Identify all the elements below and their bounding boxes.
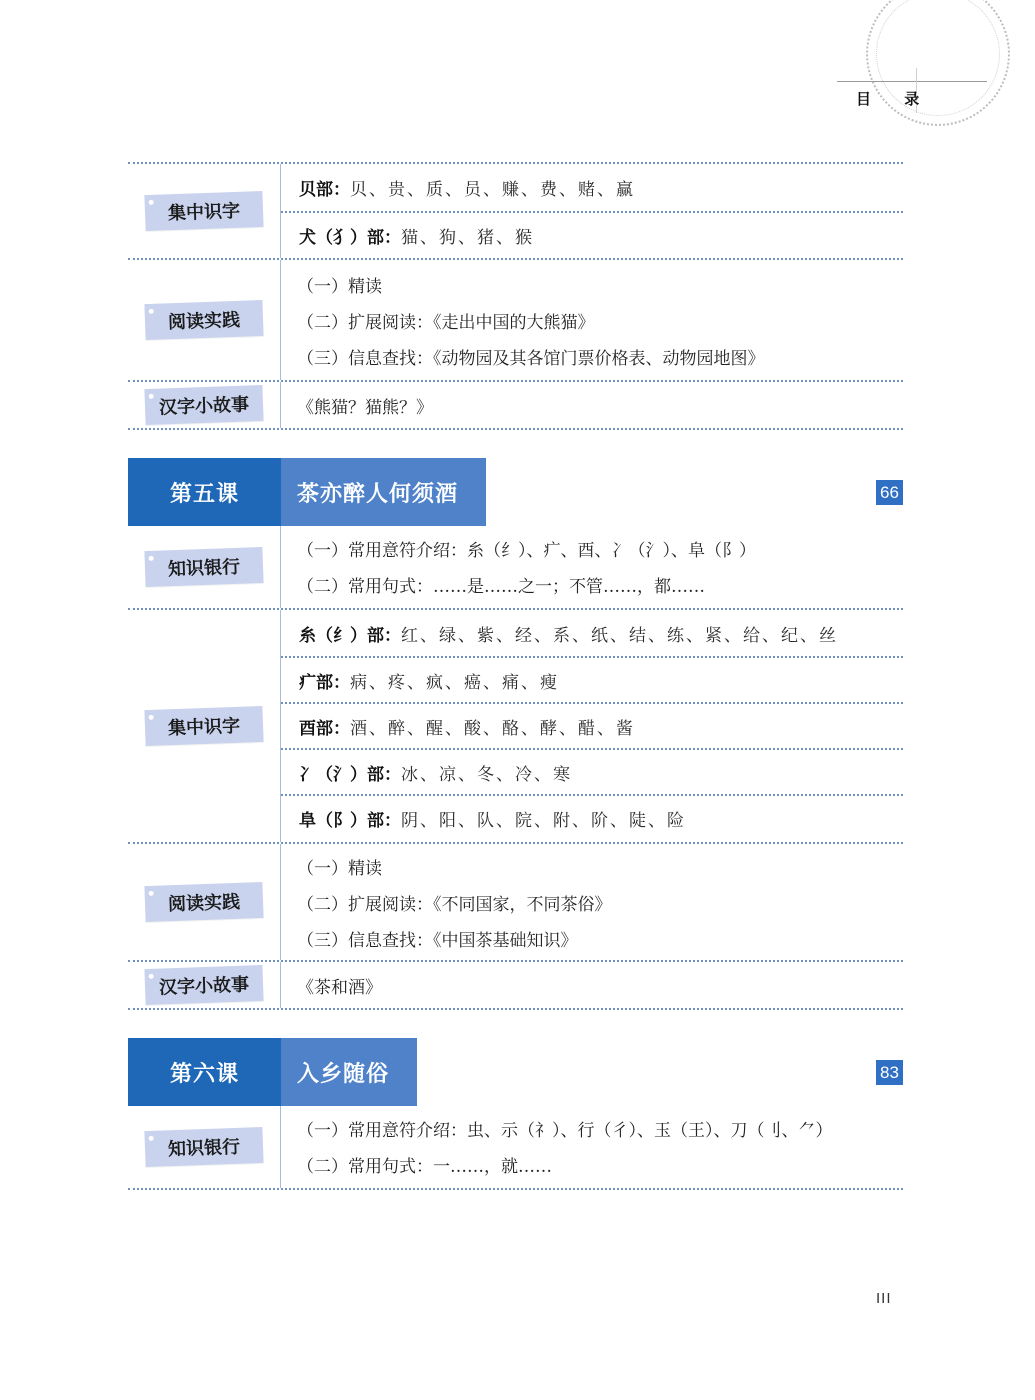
- radical-head: 冫（氵）部：: [299, 760, 401, 785]
- row-label-cell: 阅读实践: [128, 844, 281, 960]
- radical-head: 糸（纟）部：: [299, 621, 401, 646]
- row-reading-practice: 阅读实践 （一）精读 （二）扩展阅读：《不同国家，不同茶俗》 （三）信息查找：《…: [128, 842, 903, 960]
- tag-dot-icon: [149, 309, 154, 314]
- row-label-cell: 阅读实践: [128, 260, 281, 380]
- row-body: （一）常用意符介绍：虫、示（礻）、行（彳）、玉（王）、刀（刂、⺈） （二）常用句…: [281, 1106, 903, 1188]
- page-number-badge[interactable]: 66: [876, 480, 903, 505]
- knowledge-line: （一）常用意符介绍：糸（纟）、疒、酉、冫（氵）、阜（阝）: [281, 530, 903, 566]
- header-rule: [837, 81, 987, 82]
- tag-label: 知识银行: [168, 553, 241, 581]
- radical-item: 贝部： 贝、贵、质、员、赚、费、赌、赢: [281, 164, 903, 211]
- tag-concentrated-literacy: 集中识字: [144, 191, 263, 231]
- story-title: 《熊猫？猫熊？》: [281, 382, 903, 428]
- row-knowledge-bank: 知识银行 （一）常用意符介绍：糸（纟）、疒、酉、冫（氵）、阜（阝） （二）常用句…: [128, 526, 903, 608]
- tag-dot-icon: [149, 394, 154, 399]
- radical-item: 糸（纟）部： 红、绿、紫、经、系、纸、结、练、紧、给、纪、丝: [281, 610, 903, 656]
- tag-dot-icon: [149, 556, 154, 561]
- tag-dot-icon: [149, 974, 154, 979]
- tag-label: 集中识字: [168, 712, 241, 740]
- lesson-title: 茶亦醉人何须酒: [281, 458, 486, 526]
- radical-head: 疒部：: [299, 668, 350, 693]
- tag-dot-icon: [149, 891, 154, 896]
- knowledge-line: （二）常用句式：一……，就……: [281, 1146, 903, 1182]
- row-body: 《茶和酒》: [281, 962, 903, 1008]
- tag-label: 集中识字: [168, 197, 241, 225]
- tag-knowledge-bank: 知识银行: [144, 547, 263, 587]
- tag-reading-practice: 阅读实践: [144, 300, 263, 340]
- radical-chars: 红、绿、紫、经、系、纸、结、练、紧、给、纪、丝: [401, 621, 838, 646]
- tag-label: 汉字小故事: [159, 390, 250, 419]
- reading-line: （二）扩展阅读：《走出中国的大熊猫》: [281, 302, 903, 338]
- lesson5-table: 知识银行 （一）常用意符介绍：糸（纟）、疒、酉、冫（氵）、阜（阝） （二）常用句…: [128, 526, 903, 1010]
- reading-line: （三）信息查找：《动物园及其各馆门票价格表、动物园地图》: [281, 338, 903, 374]
- radical-chars: 冰、凉、冬、冷、寒: [401, 760, 572, 785]
- lesson6-table: 知识银行 （一）常用意符介绍：虫、示（礻）、行（彳）、玉（王）、刀（刂、⺈） （…: [128, 1106, 903, 1190]
- tag-reading-practice: 阅读实践: [144, 882, 263, 922]
- tag-concentrated-literacy: 集中识字: [144, 706, 263, 746]
- lesson-number: 第六课: [128, 1038, 281, 1106]
- tag-dot-icon: [149, 200, 154, 205]
- row-body: 《熊猫？猫熊？》: [281, 382, 903, 428]
- tag-character-story: 汉字小故事: [144, 385, 263, 425]
- section-title: 目 录: [856, 88, 933, 109]
- row-body: （一）常用意符介绍：糸（纟）、疒、酉、冫（氵）、阜（阝） （二）常用句式：……是…: [281, 526, 903, 608]
- row-label-cell: 汉字小故事: [128, 962, 281, 1008]
- row-concentrated-literacy: 集中识字 贝部： 贝、贵、质、员、赚、费、赌、赢 犬（犭）部： 猫、狗、猪、猴: [128, 162, 903, 258]
- row-label-cell: 集中识字: [128, 164, 281, 258]
- row-label-cell: 汉字小故事: [128, 382, 281, 428]
- tag-label: 汉字小故事: [159, 970, 250, 999]
- row-concentrated-literacy: 集中识字 糸（纟）部： 红、绿、紫、经、系、纸、结、练、紧、给、纪、丝 疒部： …: [128, 608, 903, 842]
- row-character-story: 汉字小故事 《熊猫？猫熊？》: [128, 380, 903, 430]
- radical-chars: 贝、贵、质、员、赚、费、赌、赢: [350, 175, 635, 200]
- lesson5-header[interactable]: 第五课 茶亦醉人何须酒: [128, 458, 486, 526]
- radical-item: 阜（阝）部： 阴、阳、队、院、附、阶、陡、险: [281, 794, 903, 840]
- row-body: （一）精读 （二）扩展阅读：《不同国家，不同茶俗》 （三）信息查找：《中国茶基础…: [281, 844, 903, 960]
- row-body: （一）精读 （二）扩展阅读：《走出中国的大熊猫》 （三）信息查找：《动物园及其各…: [281, 260, 903, 380]
- reading-line: （一）精读: [281, 848, 903, 884]
- row-knowledge-bank: 知识银行 （一）常用意符介绍：虫、示（礻）、行（彳）、玉（王）、刀（刂、⺈） （…: [128, 1106, 903, 1190]
- radical-chars: 病、疼、疯、癌、痛、瘦: [350, 668, 559, 693]
- tag-label: 阅读实践: [168, 888, 241, 916]
- radical-item: 酉部： 酒、醉、醒、酸、酪、酵、醋、酱: [281, 702, 903, 748]
- radical-head: 贝部：: [299, 175, 350, 200]
- radical-item: 冫（氵）部： 冰、凉、冬、冷、寒: [281, 748, 903, 794]
- tag-label: 知识银行: [168, 1133, 241, 1161]
- row-body: 糸（纟）部： 红、绿、紫、经、系、纸、结、练、紧、给、纪、丝 疒部： 病、疼、疯…: [281, 610, 903, 842]
- radical-chars: 阴、阳、队、院、附、阶、陡、险: [401, 806, 686, 831]
- tag-character-story: 汉字小故事: [144, 965, 263, 1005]
- radical-item: 犬（犭）部： 猫、狗、猪、猴: [281, 211, 903, 258]
- tag-dot-icon: [149, 1136, 154, 1141]
- row-label-cell: 集中识字: [128, 610, 281, 842]
- reading-line: （二）扩展阅读：《不同国家，不同茶俗》: [281, 884, 903, 920]
- row-label-cell: 知识银行: [128, 526, 281, 608]
- tag-dot-icon: [149, 715, 154, 720]
- tag-label: 阅读实践: [168, 306, 241, 334]
- page-number-badge[interactable]: 83: [876, 1060, 903, 1085]
- row-reading-practice: 阅读实践 （一）精读 （二）扩展阅读：《走出中国的大熊猫》 （三）信息查找：《动…: [128, 258, 903, 380]
- radical-chars: 猫、狗、猪、猴: [401, 223, 534, 248]
- row-character-story: 汉字小故事 《茶和酒》: [128, 960, 903, 1010]
- radical-item: 疒部： 病、疼、疯、癌、痛、瘦: [281, 656, 903, 702]
- row-body: 贝部： 贝、贵、质、员、赚、费、赌、赢 犬（犭）部： 猫、狗、猪、猴: [281, 164, 903, 258]
- radical-head: 犬（犭）部：: [299, 223, 401, 248]
- reading-line: （一）精读: [281, 266, 903, 302]
- row-label-cell: 知识银行: [128, 1106, 281, 1188]
- knowledge-line: （一）常用意符介绍：虫、示（礻）、行（彳）、玉（王）、刀（刂、⺈）: [281, 1110, 903, 1146]
- story-title: 《茶和酒》: [281, 962, 903, 1008]
- footer-page-number: III: [876, 1290, 892, 1307]
- lesson6-header[interactable]: 第六课 入乡随俗: [128, 1038, 417, 1106]
- reading-line: （三）信息查找：《中国茶基础知识》: [281, 920, 903, 956]
- radical-head: 阜（阝）部：: [299, 806, 401, 831]
- lesson-number: 第五课: [128, 458, 281, 526]
- knowledge-line: （二）常用句式：……是……之一；不管……，都……: [281, 566, 903, 602]
- radical-chars: 酒、醉、醒、酸、酪、酵、醋、酱: [350, 714, 635, 739]
- lesson-title: 入乡随俗: [281, 1038, 417, 1106]
- radical-head: 酉部：: [299, 714, 350, 739]
- lesson4-continued-table: 集中识字 贝部： 贝、贵、质、员、赚、费、赌、赢 犬（犭）部： 猫、狗、猪、猴 …: [128, 162, 903, 430]
- tag-knowledge-bank: 知识银行: [144, 1127, 263, 1167]
